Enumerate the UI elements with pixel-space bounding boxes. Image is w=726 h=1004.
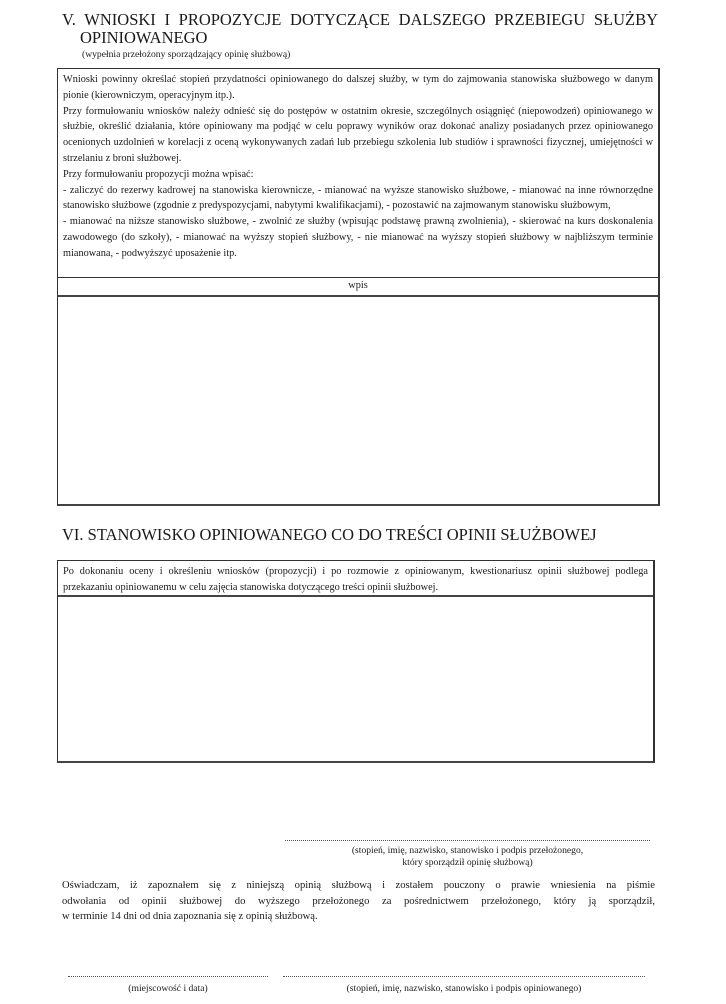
caption-line: który sporządził opinię służbową)	[285, 857, 650, 869]
section-vi-entry-field[interactable]	[58, 597, 653, 797]
entry-label: wpis	[58, 278, 658, 297]
declaration-line: odwołania od opinii służbowej do wyższeg…	[62, 894, 655, 910]
instruction-paragraph: Przy formułowaniu wniosków należy odnieś…	[63, 104, 653, 167]
section-vi-instructions: Po dokonaniu oceny i określeniu wniosków…	[58, 561, 653, 597]
declaration-text: Oświadczam, iż zapoznałem się z niniejsz…	[62, 878, 655, 925]
instruction-paragraph: Przy formułowaniu propozycji można wpisa…	[63, 167, 653, 183]
supervisor-signature-line[interactable]	[285, 840, 650, 841]
instruction-paragraph: - mianować na niższe stanowisko służbowe…	[63, 214, 653, 261]
caption-line: (stopień, imię, nazwisko, stanowisko i p…	[285, 845, 650, 857]
declaration-line: Oświadczam, iż zapoznałem się z niniejsz…	[62, 878, 655, 894]
place-date-line[interactable]	[68, 976, 268, 977]
subject-signature-line[interactable]	[283, 976, 645, 977]
section-vi-box: Po dokonaniu oceny i określeniu wniosków…	[57, 560, 655, 763]
section-v-title: V. WNIOSKI I PROPOZYCJE DOTYCZĄCE DALSZE…	[62, 11, 658, 29]
section-v-entry-field[interactable]	[58, 297, 658, 497]
supervisor-signature-caption: (stopień, imię, nazwisko, stanowisko i p…	[285, 845, 650, 869]
section-v-box: Wnioski powinny określać stopień przydat…	[57, 68, 660, 506]
declaration-line: w terminie 14 dni od dnia zapoznania się…	[62, 909, 655, 925]
section-v-instructions: Wnioski powinny określać stopień przydat…	[58, 69, 658, 278]
section-v-subtitle: (wypełnia przełożony sporządzający opini…	[82, 49, 290, 60]
section-vi-title: VI. STANOWISKO OPINIOWANEGO CO DO TREŚCI…	[62, 525, 597, 545]
instruction-paragraph: - zaliczyć do rezerwy kadrowej na stanow…	[63, 183, 653, 215]
subject-signature-caption: (stopień, imię, nazwisko, stanowisko i p…	[283, 983, 645, 994]
instruction-paragraph: Wnioski powinny określać stopień przydat…	[63, 72, 653, 104]
section-v-title-continued: OPINIOWANEGO	[80, 29, 207, 47]
place-date-caption: (miejscowość i data)	[68, 983, 268, 994]
